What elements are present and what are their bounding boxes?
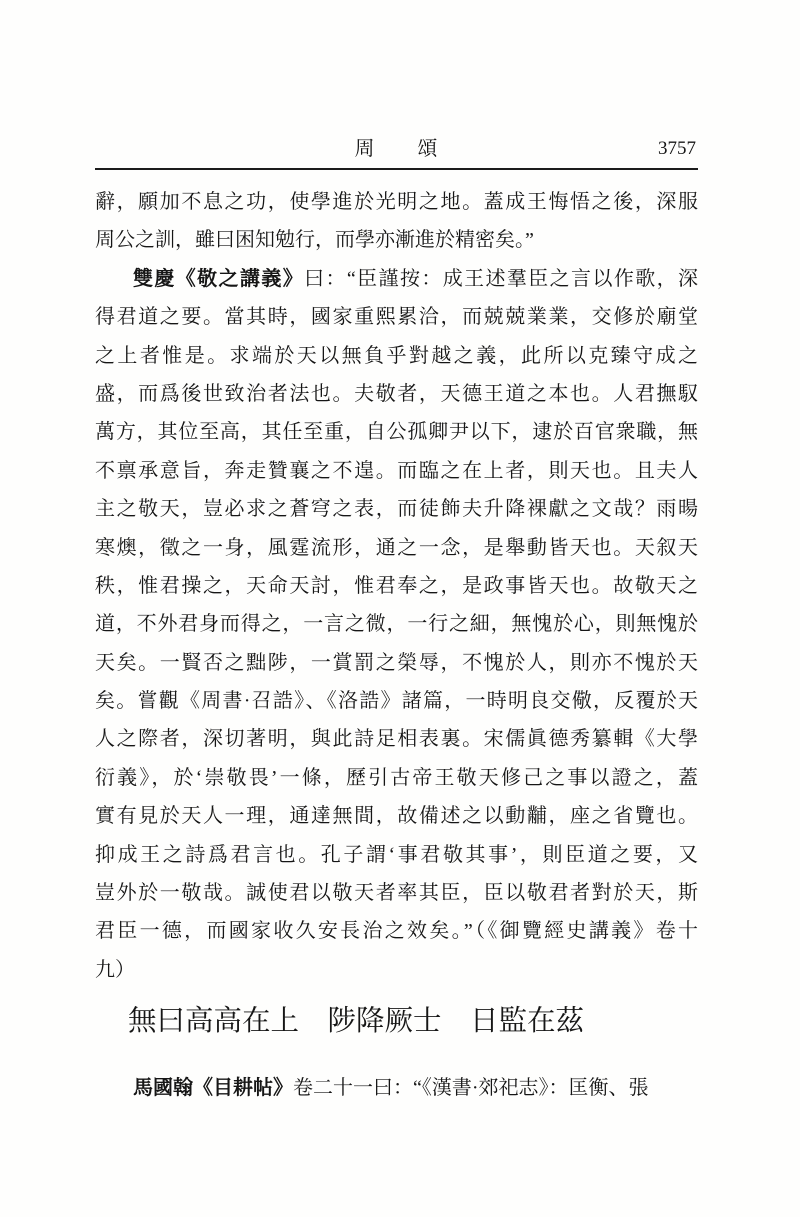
text-line: 衍義》，於‘崇敬畏’一條，歷引古帝王敬天修己之事以證之，蓋: [95, 759, 698, 797]
text-line: 寒燠，徵之一身，風霆流形，通之一念，是舉動皆天也。天叙天: [95, 529, 698, 567]
text-line: 矣。嘗觀《周書·召誥》、《洛誥》諸篇，一時明良交儆，反覆於天: [95, 682, 698, 720]
text-line: 得君道之要。當其時，國家重熙累洽，而兢兢業業，交修於廟堂: [95, 298, 698, 336]
text-line: 抑成王之詩爲君言也。孔子謂‘事君敬其事’，則臣道之要，又: [95, 836, 698, 874]
text-line: 萬方，其位至高，其任至重，自公孤卿尹以下，逮於百官衆職，無: [95, 413, 698, 451]
running-head: 周 頌 3757: [95, 136, 698, 162]
paragraph-next-commentary: 馬國翰《目耕帖》卷二十一曰：“《漢書·郊祀志》：匡衡、張: [95, 1069, 698, 1107]
paragraph-continuation: 辭，願加不息之功，使學進於光明之地。蓋成王悔悟之後，深服周公之訓，雖曰困知勉行，…: [95, 183, 698, 260]
text-line: 秩，惟君操之，天命天討，惟君奉之，是政事皆天也。故敬天之: [95, 567, 698, 605]
text-line: 九）: [95, 951, 698, 989]
text-run: 曰：“臣謹按：成王述羣臣之言以作歌，深: [304, 268, 698, 290]
text-line: 天矣。一賢否之黜陟，一賞罰之榮辱，不愧於人，則亦不愧於天: [95, 644, 698, 682]
commentator-name: 馬國翰《目耕帖》: [133, 1077, 293, 1099]
text-line: 君臣一德，而國家收久安長治之效矣。”（《御覽經史講義》卷十: [95, 912, 698, 950]
text-line: 豈外於一敬哉。誠使君以敬天者率其臣，臣以敬君者對於天，斯: [95, 874, 698, 912]
text-line: 實有見於天人一理，通達無間，故備述之以動黼，座之省覽也。: [95, 797, 698, 835]
text-line: 雙慶《敬之講義》曰：“臣謹按：成王述羣臣之言以作歌，深: [95, 260, 698, 298]
text-line: 不禀承意旨，奔走贊襄之不遑。而臨之在上者，則天也。且夫人: [95, 452, 698, 490]
text-line: 辭，願加不息之功，使學進於光明之地。蓋成王悔悟之後，深服: [95, 183, 698, 221]
paragraph-commentary: 雙慶《敬之講義》曰：“臣謹按：成王述羣臣之言以作歌，深 得君道之要。當其時，國家…: [95, 260, 698, 989]
book-page: 周 頌 3757 辭，願加不息之功，使學進於光明之地。蓋成王悔悟之後，深服周公之…: [0, 0, 800, 1217]
text-line: 周公之訓，雖曰困知勉行，而學亦漸進於精密矣。”: [95, 221, 698, 259]
commentary-lines: 得君道之要。當其時，國家重熙累洽，而兢兢業業，交修於廟堂之上者惟是。求端於天以無…: [95, 298, 698, 989]
text-line: 主之敬天，豈必求之蒼穹之表，而徒飾夫升降裸獻之文哉？雨暘: [95, 490, 698, 528]
text-line: 之上者惟是。求端於天以無負乎對越之義，此所以克臻守成之: [95, 337, 698, 375]
main-text-block: 辭，願加不息之功，使學進於光明之地。蓋成王悔悟之後，深服周公之訓，雖曰困知勉行，…: [95, 183, 698, 989]
commentator-name: 雙慶《敬之講義》: [133, 268, 304, 290]
page-number: 3757: [658, 136, 696, 162]
verse-heading: 無曰高高在上 陟降厥士 日監在茲: [95, 1000, 698, 1044]
text-line: 人之際者，深切著明，與此詩足相表裏。宋儒眞德秀纂輯《大學: [95, 720, 698, 758]
header-divider-rule: [95, 168, 698, 170]
text-run: 卷二十一曰：“《漢書·郊祀志》：匡衡、張: [293, 1077, 649, 1099]
text-line: 盛，而爲後世致治者法也。夫敬者，天德王道之本也。人君撫馭: [95, 375, 698, 413]
text-line: 馬國翰《目耕帖》卷二十一曰：“《漢書·郊祀志》：匡衡、張: [95, 1069, 698, 1107]
chapter-title: 周 頌: [95, 136, 698, 162]
text-line: 道，不外君身而得之，一言之微，一行之細，無愧於心，則無愧於: [95, 605, 698, 643]
